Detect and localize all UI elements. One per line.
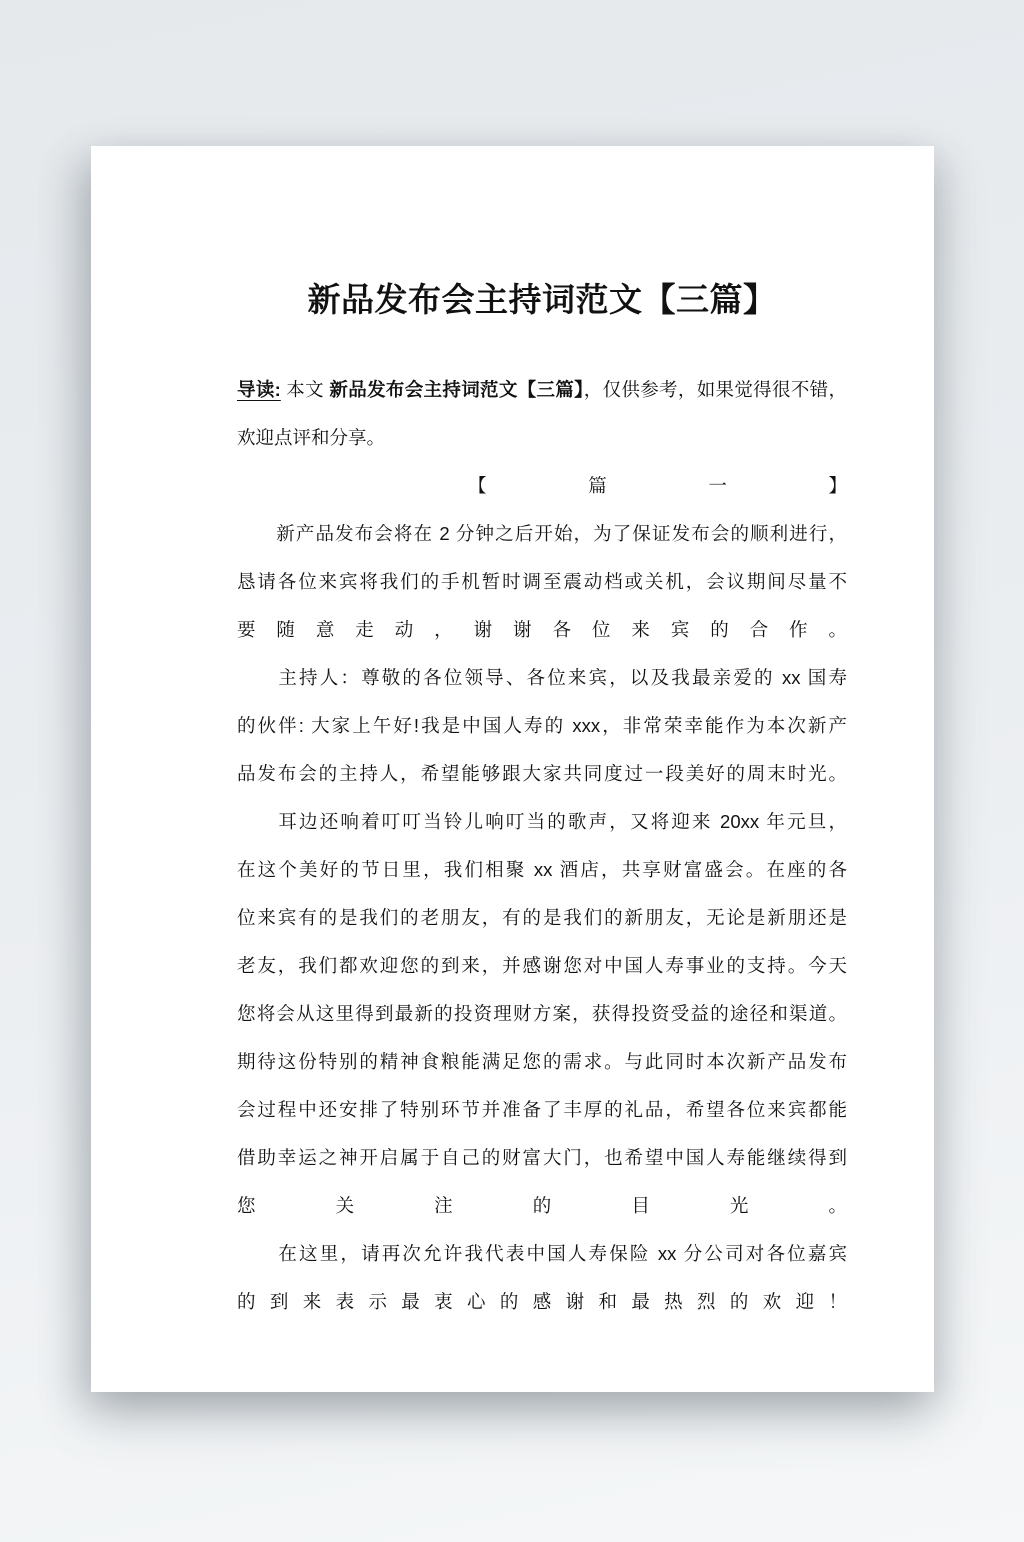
document-line: 借助幸运之神开启属于自己的财富大门，也希望中国人寿能继续得到: [237, 1134, 847, 1182]
screenshot-root: { "theme": { "canvas_bg_top": "#e5e9ec",…: [0, 0, 1024, 1542]
document-line: 的伙伴: 大家上午好!我是中国人寿的 xxx，非常荣幸能作为本次新产: [237, 702, 847, 750]
document-page: 新品发布会主持词范文【三篇】 导读: 本文 新品发布会主持词范文【三篇】，仅供参…: [91, 146, 934, 1392]
document-line: 主持人：尊敬的各位领导、各位来宾，以及我最亲爱的 xx 国寿: [237, 654, 847, 702]
document-body: 【篇一】 新产品发布会将在 2 分钟之后开始，为了保证发布会的顺利进行，恳请各位…: [237, 462, 847, 1326]
lead-paragraph: 导读: 本文 新品发布会主持词范文【三篇】，仅供参考，如果觉得很不错，欢迎点评和…: [237, 366, 847, 462]
document-line: 老友，我们都欢迎您的到来，并感谢您对中国人寿事业的支持。今天: [237, 942, 847, 990]
document-line: 【篇一】: [237, 462, 847, 510]
document-line: 期待这份特别的精神食粮能满足您的需求。与此同时本次新产品发布: [237, 1038, 847, 1086]
document-line: 位来宾有的是我们的老朋友，有的是我们的新朋友，无论是新朋还是: [237, 894, 847, 942]
document-line: 新产品发布会将在 2 分钟之后开始，为了保证发布会的顺利进行，: [237, 510, 847, 558]
document-line: 恳请各位来宾将我们的手机暂时调至震动档或关机，会议期间尽量不: [237, 558, 847, 606]
document-line: 品发布会的主持人，希望能够跟大家共同度过一段美好的周末时光。: [237, 750, 847, 798]
lead-text-pre: 本文: [281, 379, 330, 400]
document-line: 要随意走动，谢谢各位来宾的合作。: [237, 606, 847, 654]
lead-label: 导读:: [237, 379, 281, 400]
document-line: 您关注的目光。: [237, 1182, 847, 1230]
document-title: 新品发布会主持词范文【三篇】: [237, 278, 847, 322]
document-line: 在这个美好的节日里，我们相聚 xx 酒店，共享财富盛会。在座的各: [237, 846, 847, 894]
document-line: 耳边还响着叮叮当铃儿响叮当的歌声，又将迎来 20xx 年元旦，: [237, 798, 847, 846]
document-line: 您将会从这里得到最新的投资理财方案，获得投资受益的途径和渠道。: [237, 990, 847, 1038]
document-line: 的到来表示最衷心的感谢和最热烈的欢迎！: [237, 1278, 847, 1326]
document-line: 在这里，请再次允许我代表中国人寿保险 xx 分公司对各位嘉宾: [237, 1230, 847, 1278]
document-line: 会过程中还安排了特别环节并准备了丰厚的礼品，希望各位来宾都能: [237, 1086, 847, 1134]
lead-highlight: 新品发布会主持词范文【三篇】: [329, 379, 583, 400]
